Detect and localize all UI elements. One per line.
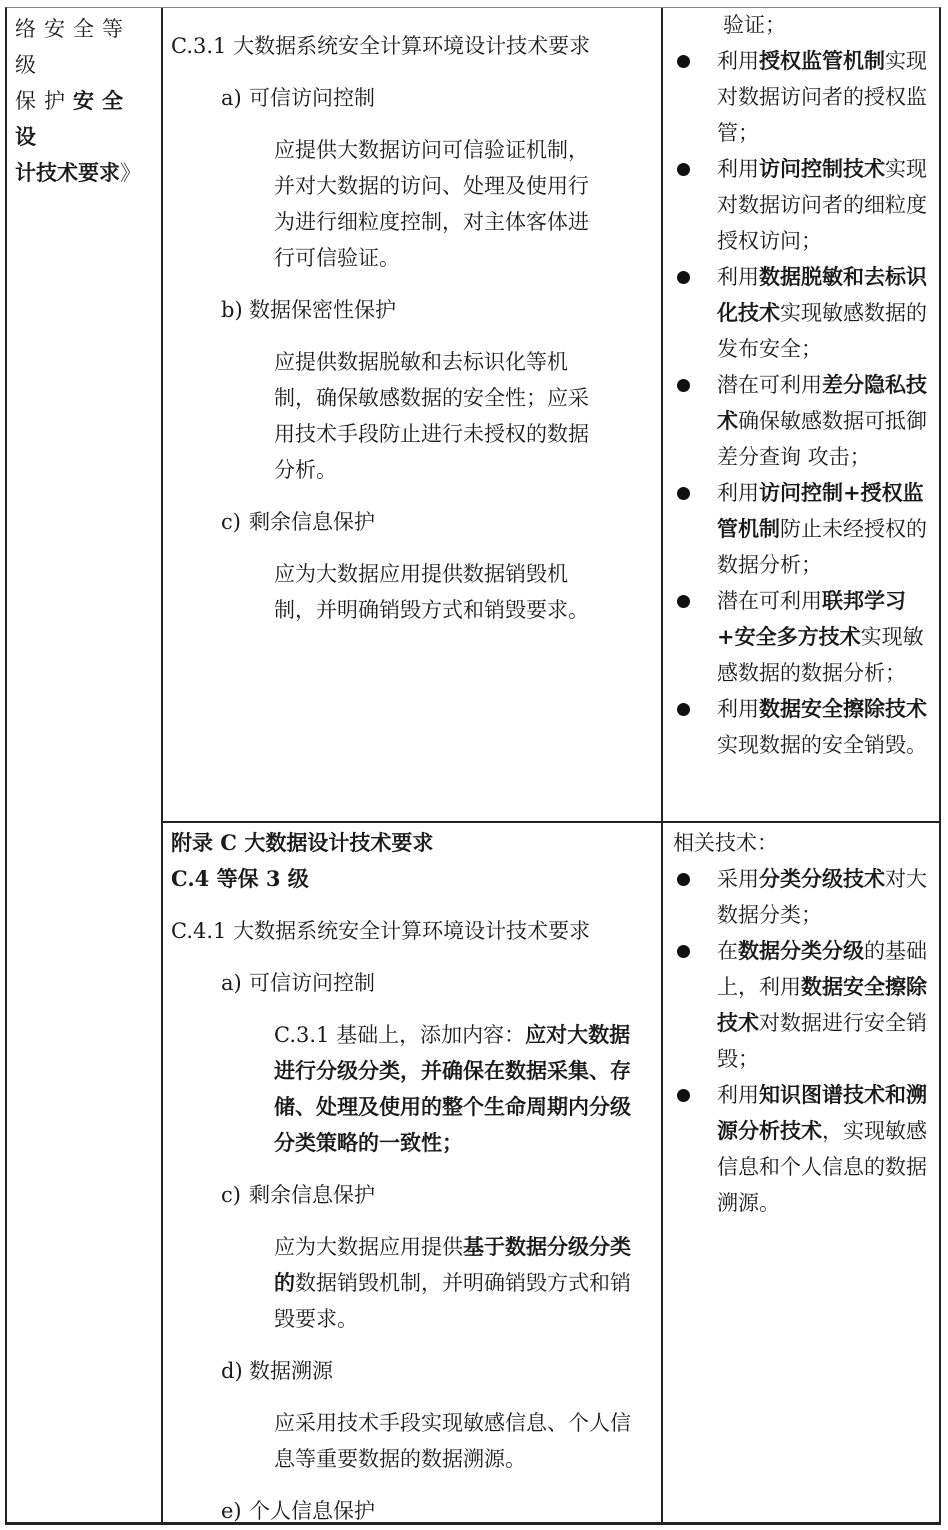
- list-item: 潜在可利用联邦学习+安全多方技术实现敏感数据的数据分析；: [667, 583, 937, 691]
- title-text: 个人信息保护: [249, 1499, 375, 1523]
- 1-text: 制，确保敏感数据的安全性；应采: [274, 380, 645, 416]
- row2-techniques-cell: 相关技术： 采用分类分级技术对大数据分类； 在数据分类分级的基础上，利用数据安全…: [673, 825, 939, 1221]
- item-c-heading: c)剩余信息保护: [171, 1177, 659, 1213]
- bullet-icon: [677, 945, 690, 958]
- 3-text: 行可信验证。: [274, 240, 645, 276]
- line3-tail-text: 》: [120, 161, 141, 185]
- bullet-icon: [677, 55, 690, 68]
- list-item: 采用分类分级技术对大数据分类；: [673, 861, 939, 933]
- left-line-3: 计技术要求》: [15, 155, 159, 191]
- body-pre-text: 应为大数据应用提供: [274, 1235, 463, 1259]
- list-item: 利用知识图谱技术和溯源分析技术，实现敏感信息和个人信息的数据溯源。: [673, 1077, 939, 1221]
- item-d-heading: d)数据溯源: [171, 1353, 659, 1389]
- list-item: 利用数据脱敏和去标识化技术实现敏感数据的发布安全；: [667, 259, 937, 367]
- title-text: 可信访问控制: [249, 86, 375, 110]
- row1-techniques-cell: 验证； 利用授权监管机制实现对数据访问者的授权监管； 利用访问控制技术实现对数据…: [667, 7, 937, 763]
- column-divider-2: [661, 8, 663, 1522]
- related-tech-heading: 相关技术：: [673, 825, 939, 861]
- item-a-body: 应提供大数据访问可信验证机制， 并对大数据的访问、处理及使用行 为进行细粒度控制…: [171, 132, 659, 276]
- label-text: e): [221, 1493, 249, 1529]
- bullet-icon: [677, 595, 690, 608]
- bullet-icon: [677, 379, 690, 392]
- bold-text: 数据分类分级: [738, 938, 864, 963]
- item-e-heading: e)个人信息保护: [171, 1493, 659, 1529]
- title-text: 数据溯源: [249, 1359, 333, 1383]
- line3-bold-text: 计技术要求: [15, 160, 120, 185]
- continued-line: 验证；: [667, 7, 937, 43]
- label-text: b): [221, 292, 249, 328]
- item-b-heading: b)数据保密性保护: [171, 292, 659, 328]
- requirements-table: 络安全等级 保护安全设 计技术要求》 C.3.1 大数据系统安全计算环境设计技术…: [5, 7, 941, 1525]
- bullet-icon: [677, 703, 690, 716]
- 1-text: 制，并明确销毁方式和销毁要求。: [274, 592, 645, 628]
- bold-text: 数据安全擦除技术: [759, 696, 927, 721]
- item-c-body: 应为大数据应用提供数据销毁机 制，并明确销毁方式和销毁要求。: [171, 556, 659, 628]
- level-title: C.4 等保 3 级: [171, 861, 659, 897]
- pre-text: 利用: [717, 157, 759, 181]
- list-item: 利用数据安全擦除技术实现数据的安全销毁。: [667, 691, 937, 763]
- bullet-icon: [677, 163, 690, 176]
- techniques-list: 利用授权监管机制实现对数据访问者的授权监管； 利用访问控制技术实现对数据访问者的…: [667, 43, 937, 763]
- body-post-text: 数据销毁机制，并明确销毁方式和销毁要求。: [274, 1271, 631, 1331]
- item-d-body: 应采用技术手段实现敏感信息、个人信息等重要数据的数据溯源。: [171, 1405, 659, 1477]
- title-text: 剩余信息保护: [249, 1183, 375, 1207]
- pre-text: 采用: [717, 867, 759, 891]
- appendix-title: 附录 C 大数据设计技术要求: [171, 825, 659, 861]
- left-line-1: 络安全等级: [15, 11, 159, 83]
- 0-text: 应提供数据脱敏和去标识化等机: [274, 344, 645, 380]
- 1-text: 并对大数据的访问、处理及使用行: [274, 168, 645, 204]
- item-b-body: 应提供数据脱敏和去标识化等机 制，确保敏感数据的安全性；应采 用技术手段防止进行…: [171, 344, 659, 488]
- title-text: 剩余信息保护: [249, 510, 375, 534]
- list-item: 在数据分类分级的基础上，利用数据安全擦除技术对数据进行安全销毁；: [673, 933, 939, 1077]
- post-text: 确保敏感数据可抵御差分查询 攻击；: [717, 409, 927, 469]
- label-text: a): [221, 80, 249, 116]
- pre-text: 利用: [717, 697, 759, 721]
- left-column-cell: 络安全等级 保护安全设 计技术要求》: [15, 11, 159, 191]
- left-line-2: 保护安全设: [15, 83, 159, 155]
- pre-text: 在: [717, 939, 738, 963]
- pre-text: 利用: [717, 265, 759, 289]
- 2-text: 用技术手段防止进行未授权的数据: [274, 416, 645, 452]
- title-text: 数据保密性保护: [249, 298, 396, 322]
- row-divider: [161, 821, 939, 823]
- list-item: 潜在可利用差分隐私技术确保敏感数据可抵御差分查询 攻击；: [667, 367, 937, 475]
- column-divider-1: [161, 8, 163, 1522]
- label-text: a): [221, 965, 249, 1001]
- bold-text: 分类分级技术: [759, 866, 885, 891]
- item-c-body: 应为大数据应用提供基于数据分级分类的数据销毁机制，并明确销毁方式和销毁要求。: [171, 1229, 659, 1337]
- bullet-icon: [677, 271, 690, 284]
- pre-text: 利用: [717, 481, 759, 505]
- list-item: 利用授权监管机制实现对数据访问者的授权监管；: [667, 43, 937, 151]
- 3-text: 分析。: [274, 452, 645, 488]
- techniques-list: 采用分类分级技术对大数据分类； 在数据分类分级的基础上，利用数据安全擦除技术对数…: [673, 861, 939, 1221]
- section-title-c31: C.3.1 大数据系统安全计算环境设计技术要求: [171, 28, 659, 64]
- row1-requirements-cell: C.3.1 大数据系统安全计算环境设计技术要求 a)可信访问控制 应提供大数据访…: [171, 28, 659, 628]
- 0-text: 应为大数据应用提供数据销毁机: [274, 556, 645, 592]
- bold-text: 授权监管机制: [759, 48, 885, 73]
- item-a-heading: a)可信访问控制: [171, 80, 659, 116]
- pre-text: 潜在可利用: [717, 589, 822, 613]
- section-title-c41: C.4.1 大数据系统安全计算环境设计技术要求: [171, 913, 659, 949]
- item-a-heading: a)可信访问控制: [171, 965, 659, 1001]
- bullet-icon: [677, 873, 690, 886]
- bullet-icon: [677, 487, 690, 500]
- line2-normal-text: 保护: [15, 89, 73, 113]
- list-item: 利用访问控制+授权监管机制防止未经授权的数据分析；: [667, 475, 937, 583]
- 2-text: 为进行细粒度控制，对主体客体进: [274, 204, 645, 240]
- item-a-body: C.3.1 基础上，添加内容：应对大数据进行分级分类，并确保在数据采集、存储、处…: [171, 1017, 659, 1161]
- 0-text: 应提供大数据访问可信验证机制，: [274, 132, 645, 168]
- bold-text: 访问控制技术: [759, 156, 885, 181]
- title-text: 可信访问控制: [249, 971, 375, 995]
- bullet-icon: [677, 1089, 690, 1102]
- post-text: 实现数据的安全销毁。: [717, 733, 927, 757]
- pre-text: 潜在可利用: [717, 373, 822, 397]
- label-text: d): [221, 1353, 249, 1389]
- pre-text: 利用: [717, 49, 759, 73]
- list-item: 利用访问控制技术实现对数据访问者的细粒度授权访问；: [667, 151, 937, 259]
- item-c-heading: c)剩余信息保护: [171, 504, 659, 540]
- row2-requirements-cell: 附录 C 大数据设计技术要求 C.4 等保 3 级 C.4.1 大数据系统安全计…: [171, 825, 659, 1529]
- label-text: c): [221, 504, 249, 540]
- pre-text: 利用: [717, 1083, 759, 1107]
- body-prefix-text: C.3.1 基础上，添加内容：: [274, 1023, 525, 1047]
- label-text: c): [221, 1177, 249, 1213]
